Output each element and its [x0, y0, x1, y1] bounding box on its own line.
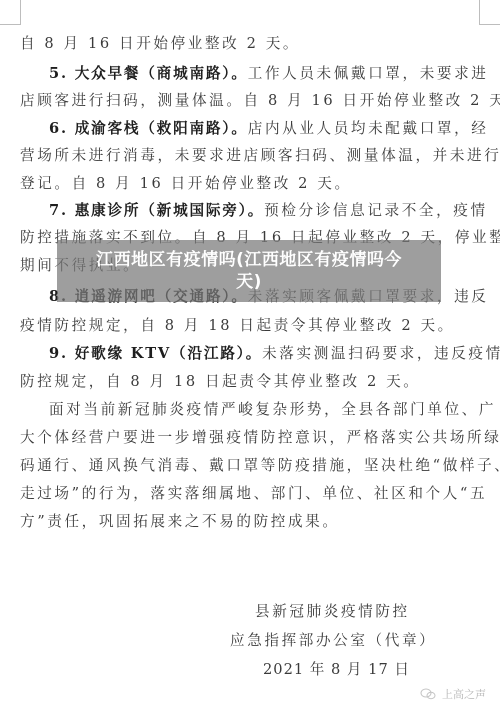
watermark-text: 上高之声	[442, 686, 486, 702]
text-line: 大个体经营户要进一步增强疫情防控意识，严格落实公共场所绿	[20, 428, 482, 448]
text-line: 码通行、通风换气消毒、戴口罩等防疫措施，坚决杜绝“做样子、	[20, 456, 482, 476]
watermark: 上高之声	[420, 686, 486, 702]
wechat-icon	[420, 688, 436, 700]
text-line: 营场所未进行消毒，未要求进店顾客扫码、测量体温，并未进行	[20, 146, 482, 166]
page-corner-mark-top-right	[479, 0, 500, 25]
signature-org-line-1: 县新冠肺炎疫情防控	[255, 600, 410, 621]
signature-org-line-2: 应急指挥部办公室（代章）	[230, 629, 436, 650]
item-5-title: 5. 大众早餐（商城南路）。	[49, 65, 248, 82]
item-6-title: 6. 成渝客栈（救阳南路）。	[49, 120, 248, 137]
text-line: 防控规定，自 8 月 18 日起责令其停业整改 2 天。	[20, 372, 482, 392]
text-line: 自 8 月 16 日开始停业整改 2 天。	[20, 34, 482, 54]
item-7-heading-line: 7. 惠康诊所（新城国际旁）。预检分诊信息记录不全，疫情	[20, 201, 500, 221]
text-line: 疫情防控规定，自 8 月 18 日起责令其停业整改 2 天。	[20, 316, 482, 336]
text-line: 面对当前新冠肺炎疫情严峻复杂形势，全县各部门单位、广	[20, 400, 500, 420]
text-line: 方”责任，巩固拓展来之不易的防控成果。	[20, 512, 482, 532]
text-line: 走过场”的行为，落实落细属地、部门、单位、社区和个人“五	[20, 484, 482, 504]
item-5-heading-line: 5. 大众早餐（商城南路）。工作人员未佩戴口罩，未要求进	[20, 64, 500, 84]
page-corner-mark-top-left	[0, 0, 21, 25]
text-line: 店顾客进行扫码，测量体温。自 8 月 16 日开始停业整改 2 天。	[20, 91, 482, 111]
item-9-heading-line: 9. 好歌缘 KTV（沿江路）。未落实测温扫码要求，违反疫情	[20, 344, 500, 364]
item-9-title: 9. 好歌缘 KTV（沿江路）。	[49, 345, 262, 362]
overlay-title: 江西地区有疫情吗(江西地区有疫情吗今天)	[84, 249, 414, 293]
item-7-title: 7. 惠康诊所（新城国际旁）。	[49, 202, 264, 219]
signature-date: 2021 年 8 月 17 日	[263, 658, 410, 679]
title-overlay-banner: 江西地区有疫情吗(江西地区有疫情吗今天)	[57, 240, 441, 302]
text-line: 登记。自 8 月 16 日开始停业整改 2 天。	[20, 174, 482, 194]
item-6-heading-line: 6. 成渝客栈（救阳南路）。店内从业人员均未配戴口罩，经	[20, 119, 500, 139]
